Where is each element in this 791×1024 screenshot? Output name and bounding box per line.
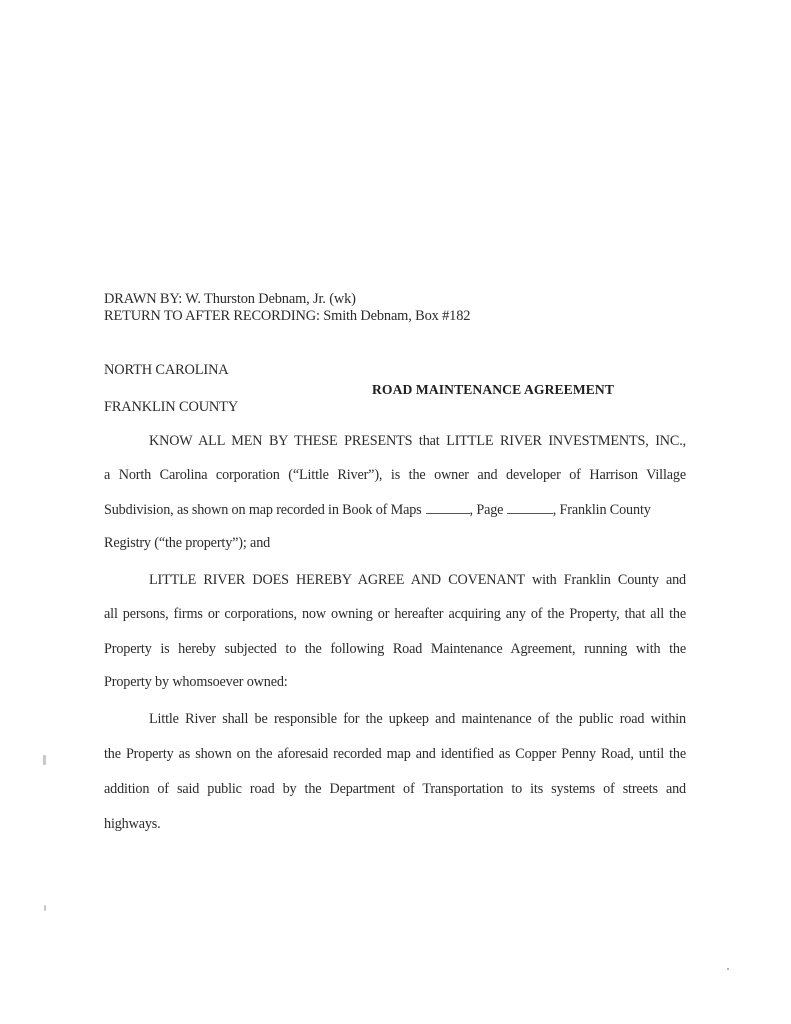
registry-county-text: , Franklin County xyxy=(553,502,651,518)
paragraph-3-line-4: highways. xyxy=(104,816,161,833)
paragraph-3-line-3: addition of said public road by the Depa… xyxy=(104,781,686,798)
paragraph-2-line-2: all persons, firms or corporations, now … xyxy=(104,606,686,623)
paragraph-3-line-1: Little River shall be responsible for th… xyxy=(149,711,686,728)
paragraph-1-line-4: Registry (“the property”); and xyxy=(104,535,270,552)
state-caption: NORTH CAROLINA xyxy=(104,362,229,379)
document-page: DRAWN BY: W. Thurston Debnam, Jr. (wk) R… xyxy=(0,0,791,1024)
paragraph-3-line-2: the Property as shown on the aforesaid r… xyxy=(104,746,686,763)
scan-artifact xyxy=(43,755,46,765)
page-number-blank xyxy=(507,501,553,514)
paragraph-2-line-3: Property is hereby subjected to the foll… xyxy=(104,641,686,658)
paragraph-1-line-2: a North Carolina corporation (“Little Ri… xyxy=(104,467,686,484)
paragraph-2-line-4: Property by whomsoever owned: xyxy=(104,674,288,691)
book-of-maps-text: Subdivision, as shown on map recorded in… xyxy=(104,502,422,518)
book-of-maps-blank xyxy=(426,501,470,514)
page-text: , Page xyxy=(470,502,504,518)
return-to-line: RETURN TO AFTER RECORDING: Smith Debnam,… xyxy=(104,308,470,325)
drawn-by-line: DRAWN BY: W. Thurston Debnam, Jr. (wk) xyxy=(104,291,356,308)
paragraph-1-line-1: KNOW ALL MEN BY THESE PRESENTS that LITT… xyxy=(149,433,686,450)
paragraph-2-line-1: LITTLE RIVER DOES HEREBY AGREE AND COVEN… xyxy=(149,572,686,589)
scan-artifact xyxy=(44,905,46,911)
document-title: ROAD MAINTENANCE AGREEMENT xyxy=(372,381,614,398)
scan-artifact xyxy=(727,968,729,970)
county-caption: FRANKLIN COUNTY xyxy=(104,399,238,416)
paragraph-1-line-3: Subdivision, as shown on map recorded in… xyxy=(104,501,686,519)
